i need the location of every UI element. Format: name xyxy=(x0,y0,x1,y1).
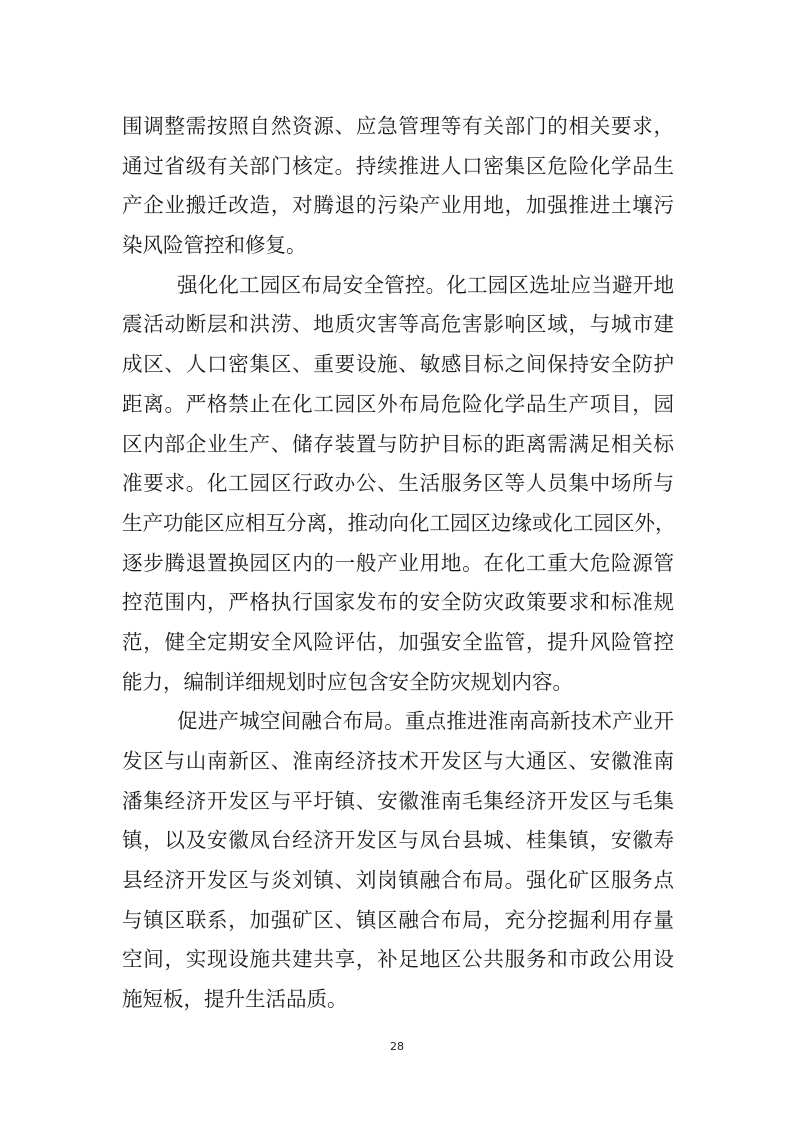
text-line: 控范围内，严格执行国家发布的安全防灾政策要求和标准规 xyxy=(122,583,674,623)
text-line: 围调整需按照自然资源、应急管理等有关部门的相关要求， xyxy=(122,107,674,147)
text-line: 距离。严格禁止在化工园区外布局危险化学品生产项目，园 xyxy=(122,385,674,425)
paragraph-3: 促进产城空间融合布局。重点推进淮南高新技术产业开 发区与山南新区、淮南经济技术开… xyxy=(122,702,674,1020)
paragraph-2: 强化化工园区布局安全管控。化工园区选址应当避开地 震活动断层和洪涝、地质灾害等高… xyxy=(122,266,674,703)
text-line: 镇，以及安徽凤台经济开发区与凤台县城、桂集镇，安徽寿 xyxy=(122,821,674,861)
text-line: 逐步腾退置换园区内的一般产业用地。在化工重大危险源管 xyxy=(122,544,674,584)
text-line: 促进产城空间融合布局。重点推进淮南高新技术产业开 xyxy=(122,702,674,742)
text-line: 区内部企业生产、储存装置与防护目标的距离需满足相关标 xyxy=(122,425,674,465)
text-line: 生产功能区应相互分离，推动向化工园区边缘或化工园区外， xyxy=(122,504,674,544)
text-line: 空间，实现设施共建共享，补足地区公共服务和市政公用设 xyxy=(122,940,674,980)
text-line: 强化化工园区布局安全管控。化工园区选址应当避开地 xyxy=(122,266,674,306)
text-line: 通过省级有关部门核定。持续推进人口密集区危险化学品生 xyxy=(122,147,674,187)
text-line: 准要求。化工园区行政办公、生活服务区等人员集中场所与 xyxy=(122,464,674,504)
text-line: 成区、人口密集区、重要设施、敏感目标之间保持安全防护 xyxy=(122,345,674,385)
text-line: 发区与山南新区、淮南经济技术开发区与大通区、安徽淮南 xyxy=(122,742,674,782)
text-line: 县经济开发区与炎刘镇、刘岗镇融合布局。强化矿区服务点 xyxy=(122,861,674,901)
text-line: 施短板，提升生活品质。 xyxy=(122,980,674,1020)
text-line: 能力，编制详细规划时应包含安全防灾规划内容。 xyxy=(122,663,674,703)
text-line: 与镇区联系，加强矿区、镇区融合布局，充分挖掘利用存量 xyxy=(122,901,674,941)
text-line: 范，健全定期安全风险评估，加强安全监管，提升风险管控 xyxy=(122,623,674,663)
document-body: 围调整需按照自然资源、应急管理等有关部门的相关要求， 通过省级有关部门核定。持续… xyxy=(122,107,674,1020)
page-number: 28 xyxy=(0,1040,794,1053)
text-line: 产企业搬迁改造，对腾退的污染产业用地，加强推进土壤污 xyxy=(122,186,674,226)
paragraph-1: 围调整需按照自然资源、应急管理等有关部门的相关要求， 通过省级有关部门核定。持续… xyxy=(122,107,674,266)
text-line: 潘集经济开发区与平圩镇、安徽淮南毛集经济开发区与毛集 xyxy=(122,782,674,822)
text-line: 震活动断层和洪涝、地质灾害等高危害影响区域，与城市建 xyxy=(122,305,674,345)
text-line: 染风险管控和修复。 xyxy=(122,226,674,266)
